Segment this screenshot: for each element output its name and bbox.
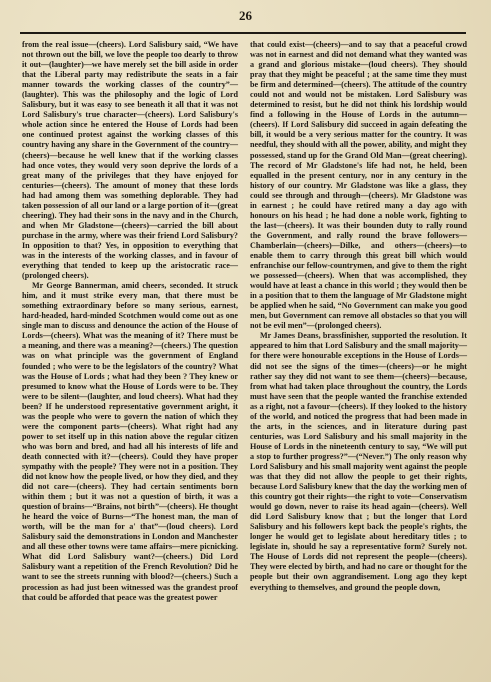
paragraph: that could exist—(cheers)—and to say tha… <box>250 40 467 331</box>
header-rule <box>20 32 466 34</box>
paragraph: Mr George Bannerman, amid cheers, second… <box>22 281 238 603</box>
page-number: 26 <box>0 8 491 24</box>
right-column: that could exist—(cheers)—and to say tha… <box>250 40 467 593</box>
paragraph: from the real issue—(cheers). Lord Salis… <box>22 40 238 281</box>
paragraph: Mr James Deans, brassfinisher, supported… <box>250 331 467 592</box>
left-column: from the real issue—(cheers). Lord Salis… <box>22 40 238 603</box>
